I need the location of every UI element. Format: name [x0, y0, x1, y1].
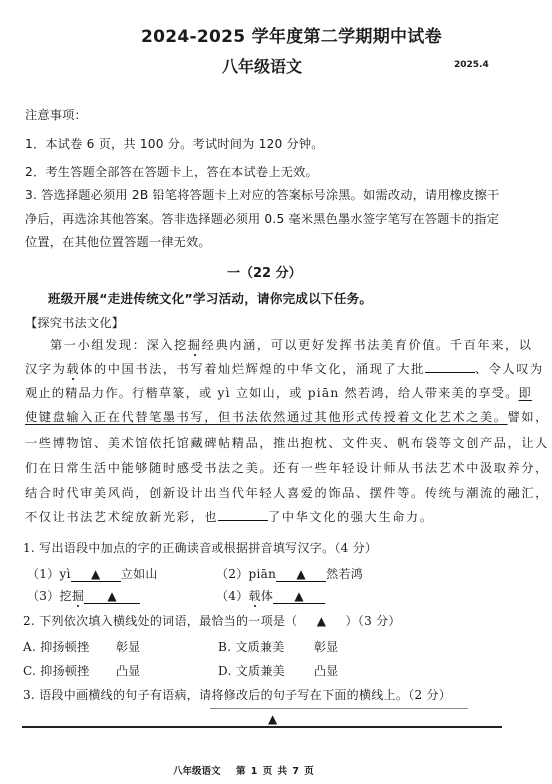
pinyin: yì [60, 567, 71, 581]
item-number: （4） [216, 589, 249, 603]
text: 体 [261, 589, 273, 603]
q1-item-3: （3）挖掘▲ [27, 587, 140, 604]
exam-subject: 八年级语文 [222, 54, 302, 77]
notice-item-3: 3. 答选择题必须用 2B 铅笔将答题卡上对应的答案标号涂黑。如需改动，请用橡皮… [25, 186, 499, 203]
text: 譬如， [508, 410, 549, 424]
passage-line-3: 观止的精品力作。行楷草篆，或 yì 立如山，或 piān 然若鸿，给人带来美的享… [25, 384, 532, 401]
option-b[interactable]: B. 文质兼美彰显 [218, 638, 339, 655]
emphasized-char: 掘 [188, 338, 202, 352]
passage-line-6: 们在日常生活中能够随时感受书法之美。还有一些年轻设计师从书法艺术中汲取养分， [25, 459, 549, 476]
answer-blank[interactable]: ▲ [276, 568, 326, 582]
exam-title: 2024-2025 学年度第二学期期中试卷 [141, 22, 442, 47]
text: 然若鸿 [326, 567, 363, 581]
emphasized-char: 载 [66, 362, 80, 376]
option-word: 彰显 [314, 640, 339, 654]
item-number: （1） [27, 567, 60, 581]
answer-blank[interactable]: ▲ [273, 590, 325, 604]
fill-blank-2 [218, 509, 268, 521]
section-title: 一（22 分） [227, 262, 302, 281]
notice-item-1: 1．本试卷 6 页，共 100 分。考试时间为 120 分钟。 [25, 135, 324, 152]
notice-item-3-cont2: 位置，在其他位置答题一律无效。 [25, 233, 211, 250]
option-label: C. 抑扬顿挫 [23, 662, 116, 679]
text: 、令人叹为 [475, 362, 544, 376]
question-2-stem: 2. 下列依次填入横线处的词语，最恰当的一项是（▲）（3 分） [23, 612, 401, 629]
text: 挖 [60, 589, 72, 603]
text: 体的中国书法，书写着灿烂辉煌的中华文化，涌现了大批 [80, 362, 425, 376]
text: 观止的精品力作。行楷草篆，或 yì 立如山，或 piān 然若鸿，给人带来美的享… [25, 386, 519, 400]
option-word: 凸显 [314, 664, 339, 678]
question-1-stem: 1. 写出语段中加点的字的正确读音或根据拼音填写汉字。（4 分） [23, 539, 377, 556]
q3-answer-line[interactable] [22, 726, 502, 728]
passage-line-5: 一些博物馆、美术馆依托馆藏碑帖精品，推出抱枕、文件夹、帆布袋等文创产品，让人 [25, 434, 549, 451]
answer-slot[interactable]: ▲ [297, 614, 345, 628]
section-intro: 班级开展“走进传统文化”学习活动，请你完成以下任务。 [48, 289, 372, 307]
passage-line-2: 汉字为载体的中国书法，书写着灿烂辉煌的中华文化，涌现了大批、令人叹为 [25, 360, 544, 377]
text: 立如山 [121, 567, 158, 581]
emphasized-char: 掘 [72, 589, 84, 603]
answer-blank[interactable]: ▲ [71, 568, 121, 582]
item-number: （2） [216, 567, 249, 581]
q1-item-1: （1）yì▲立如山 [27, 565, 158, 582]
option-a[interactable]: A. 抑扬顿挫彰显 [23, 638, 141, 655]
footer-subject: 八年级语文 [173, 763, 221, 777]
text: ）（3 分） [345, 614, 400, 628]
text: 经典内涵，可以更好发挥书法美育价值。千百年来，以 [202, 338, 533, 352]
question-3-stem: 3. 语段中画横线的句子有语病，请将修改后的句子写在下面的横线上。（2 分） [23, 686, 451, 703]
option-d[interactable]: D. 文质兼美凸显 [218, 662, 339, 679]
underlined-sentence-start: 即 [519, 386, 532, 400]
passage-line-4: 使键盘输入正在代替笔墨书写，但书法依然通过其他形式传授着文化艺术之美。譬如， [25, 408, 549, 425]
pinyin: piān [249, 567, 277, 581]
passage-line-8: 不仅让书法艺术绽放新光彩，也了中华文化的强大生命力。 [25, 508, 433, 525]
notice-item-2: 2．考生答题全部答在答题卡上，答在本试卷上无效。 [25, 163, 318, 180]
option-c[interactable]: C. 抑扬顿挫凸显 [23, 662, 141, 679]
text: 汉字为 [25, 362, 66, 376]
text: 了中华文化的强大生命力。 [268, 510, 433, 524]
option-label: A. 抑扬顿挫 [23, 638, 116, 655]
option-word: 彰显 [116, 640, 141, 654]
passage-line-7: 结合时代审美风尚，创新设计出当代年轻人喜爱的饰品、摆件等。传统与潮流的融汇， [25, 484, 549, 501]
exam-date: 2025.4 [454, 60, 489, 70]
fill-blank-1 [425, 361, 475, 373]
text: 2. 下列依次填入横线处的词语，最恰当的一项是（ [23, 614, 297, 628]
answer-blank[interactable]: ▲ [84, 590, 140, 604]
faint-rule [210, 708, 468, 709]
q1-item-4: （4）载体▲ [216, 587, 325, 604]
notice-item-3-cont: 净后，再选涂其他答案。答非选择题必须用 0.5 毫米黑色墨水签字笔写在答题卡的指… [25, 210, 499, 227]
emphasized-char: 载 [249, 589, 261, 603]
q1-item-2: （2）piān▲然若鸿 [216, 565, 363, 582]
topic-heading: 【探究书法文化】 [25, 314, 124, 331]
option-label: B. 文质兼美 [218, 638, 314, 655]
option-word: 凸显 [116, 664, 141, 678]
q3-answer-marker: ▲ [268, 712, 277, 726]
notice-heading: 注意事项： [25, 106, 87, 123]
item-number: （3） [27, 589, 60, 603]
passage-line-1: 第一小组发现：深入挖掘经典内涵，可以更好发挥书法美育价值。千百年来，以 [50, 336, 533, 353]
option-label: D. 文质兼美 [218, 662, 314, 679]
text: 第一小组发现：深入挖 [50, 338, 188, 352]
text: 不仅让书法艺术绽放新光彩，也 [25, 510, 218, 524]
underlined-sentence: 使键盘输入正在代替笔墨书写，但书法依然通过其他形式传授着文化艺术之美。 [25, 410, 508, 424]
footer-page-number: 第 1 页 共 7 页 [236, 763, 315, 777]
